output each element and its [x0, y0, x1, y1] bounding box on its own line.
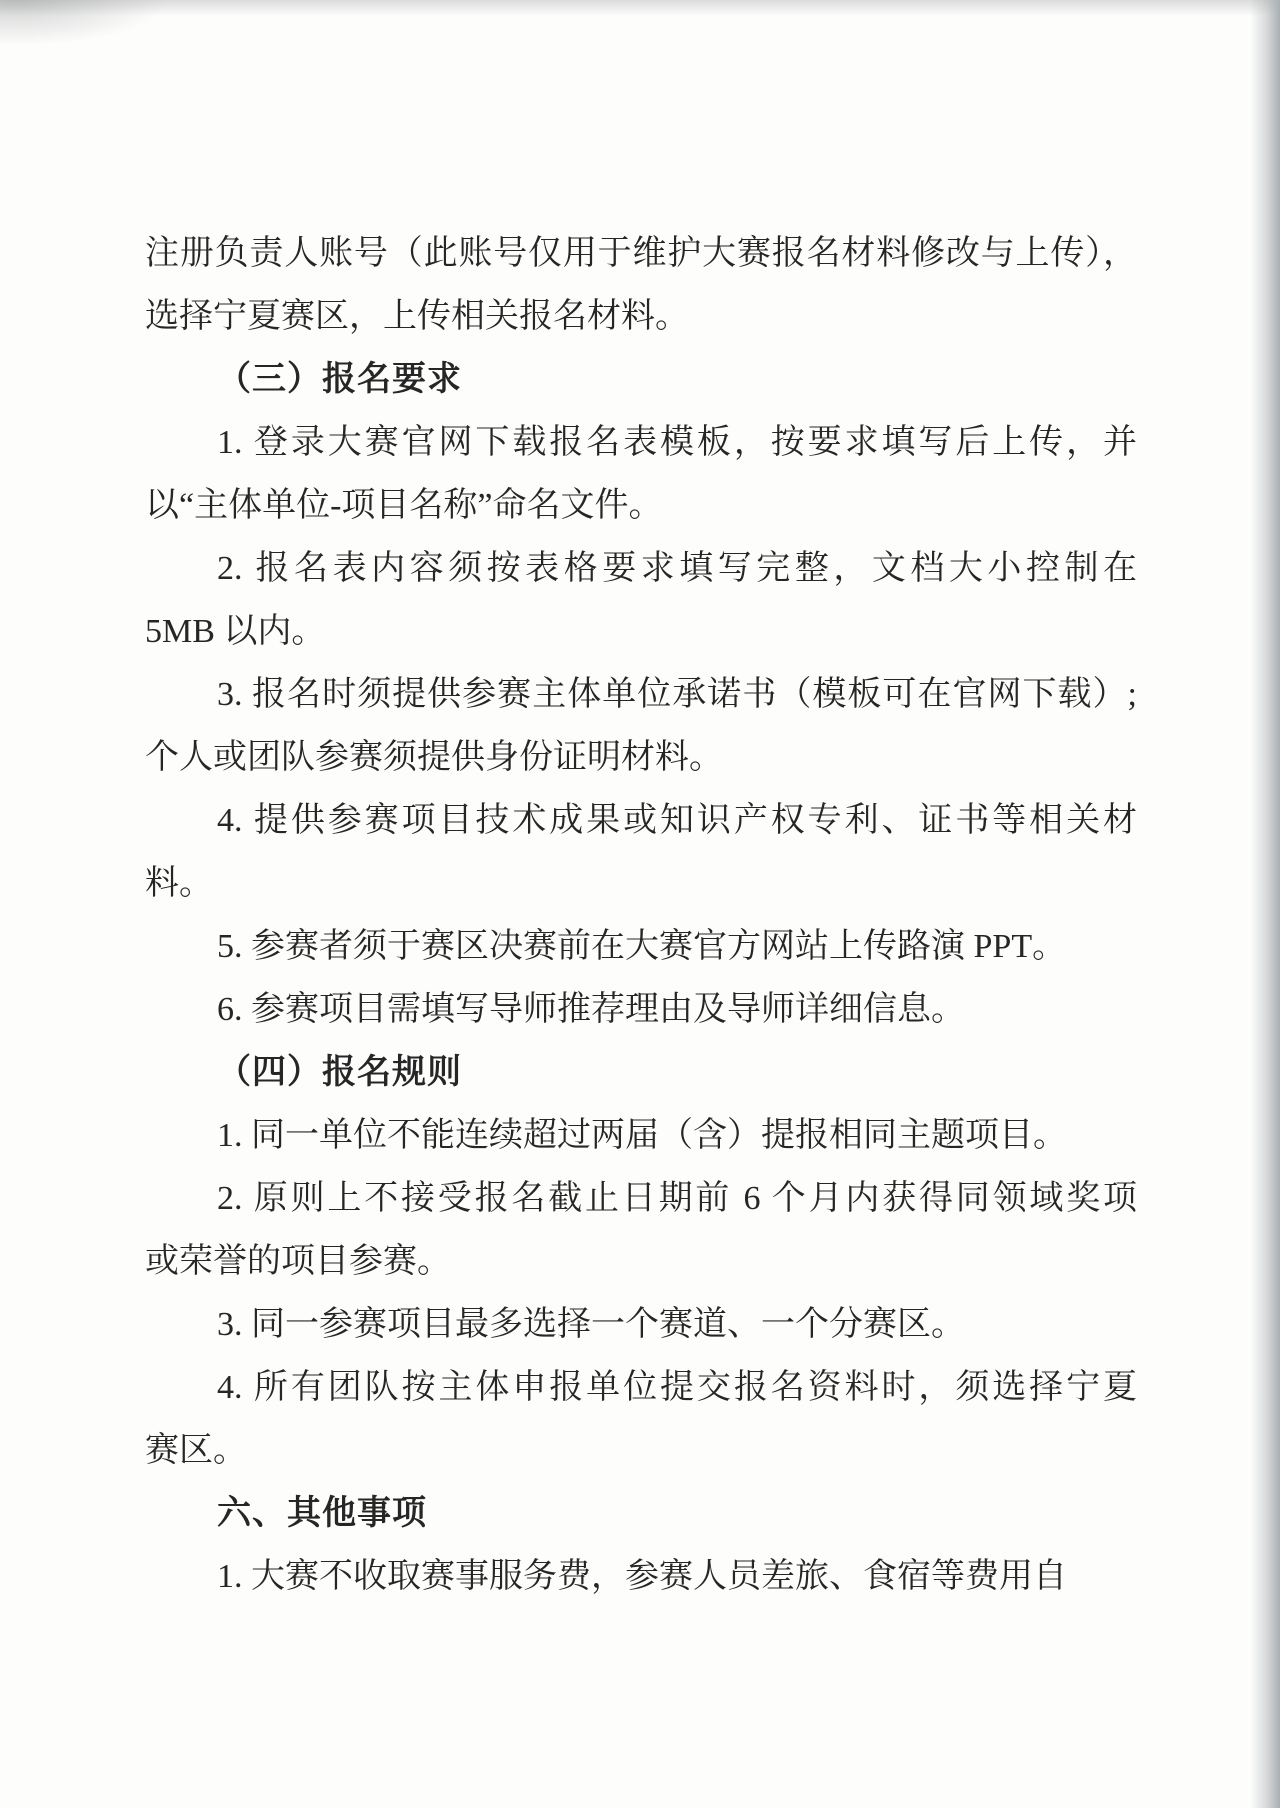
text-line: 个人或团队参赛须提供身份证明材料。	[145, 726, 1137, 789]
text-line: 选择宁夏赛区，上传相关报名材料。	[145, 285, 1137, 348]
scan-top-edge-artifact	[0, 0, 1280, 16]
text-line: 2. 报名表内容须按表格要求填写完整，文档大小控制在	[145, 537, 1137, 600]
text-line: 2. 原则上不接受报名截止日期前 6 个月内获得同领域奖项	[145, 1167, 1137, 1230]
scanned-page: 注册负责人账号（此账号仅用于维护大赛报名材料修改与上传）， 选择宁夏赛区，上传相…	[0, 0, 1280, 1808]
section-heading: （四）报名规则	[145, 1041, 1137, 1104]
section-heading: （三）报名要求	[145, 348, 1137, 411]
text-line: 或荣誉的项目参赛。	[145, 1230, 1137, 1293]
text-line: 赛区。	[145, 1419, 1137, 1482]
scan-right-edge-shadow	[1250, 0, 1280, 1808]
scan-corner-artifact	[0, 0, 170, 46]
text-line: 6. 参赛项目需填写导师推荐理由及导师详细信息。	[145, 978, 1137, 1041]
document-body: 注册负责人账号（此账号仅用于维护大赛报名材料修改与上传）， 选择宁夏赛区，上传相…	[145, 222, 1137, 1608]
text-line: 注册负责人账号（此账号仅用于维护大赛报名材料修改与上传），	[145, 222, 1137, 285]
text-line: 以“主体单位-项目名称”命名文件。	[145, 474, 1137, 537]
text-line: 4. 提供参赛项目技术成果或知识产权专利、证书等相关材	[145, 789, 1137, 852]
text-line: 1. 大赛不收取赛事服务费，参赛人员差旅、食宿等费用自	[145, 1545, 1137, 1608]
text-line: 5. 参赛者须于赛区决赛前在大赛官方网站上传路演 PPT。	[145, 915, 1137, 978]
text-line: 1. 同一单位不能连续超过两届（含）提报相同主题项目。	[145, 1104, 1137, 1167]
text-line: 4. 所有团队按主体申报单位提交报名资料时，须选择宁夏	[145, 1356, 1137, 1419]
text-line: 5MB 以内。	[145, 600, 1137, 663]
text-line: 1. 登录大赛官网下载报名表模板，按要求填写后上传，并	[145, 411, 1137, 474]
text-line: 料。	[145, 852, 1137, 915]
text-line: 3. 同一参赛项目最多选择一个赛道、一个分赛区。	[145, 1293, 1137, 1356]
text-line: 3. 报名时须提供参赛主体单位承诺书（模板可在官网下载）;	[145, 663, 1137, 726]
section-heading: 六、其他事项	[145, 1482, 1137, 1545]
